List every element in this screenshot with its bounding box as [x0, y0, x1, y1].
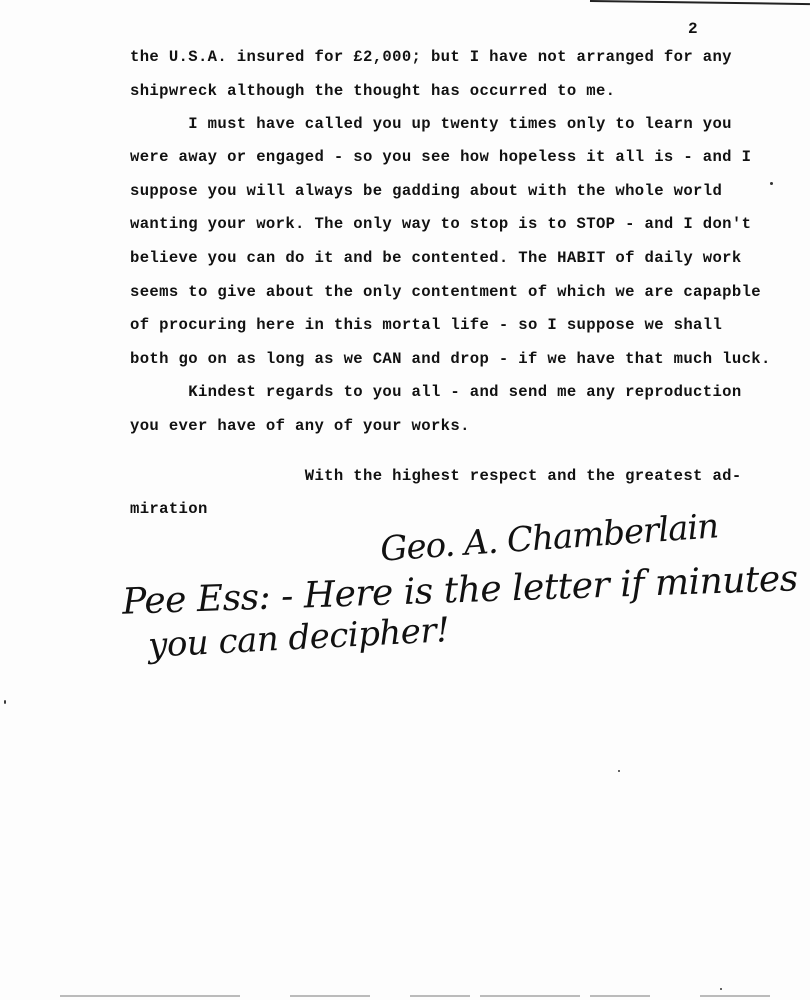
typed-line: believe you can do it and be contented. … — [130, 249, 742, 267]
bleed-through-line — [410, 995, 470, 997]
postscript-line: Pee Ess: - Here is the letter if minutes — [121, 558, 798, 623]
page-edge-line — [590, 0, 810, 5]
letter-page: 2 the U.S.A. insured for £2,000; but I h… — [0, 0, 810, 1000]
typed-line: the U.S.A. insured for £2,000; but I hav… — [130, 48, 732, 66]
ink-speck — [720, 988, 722, 990]
typed-line: were away or engaged - so you see how ho… — [130, 148, 751, 166]
typed-line: shipwreck although the thought has occur… — [130, 82, 615, 100]
bleed-through-line — [60, 995, 240, 997]
typed-line: you ever have of any of your works. — [130, 417, 470, 435]
typed-line: wanting your work. The only way to stop … — [130, 215, 751, 233]
page-number: 2 — [688, 20, 698, 38]
bleed-through-line — [480, 995, 580, 997]
ink-speck — [4, 700, 6, 704]
typed-line: I must have called you up twenty times o… — [130, 115, 732, 133]
ink-speck — [618, 770, 620, 772]
ink-speck — [770, 182, 773, 185]
closing-line: miration — [130, 500, 208, 518]
typed-line: seems to give about the only contentment… — [130, 283, 761, 301]
typed-line: of procuring here in this mortal life - … — [130, 316, 722, 334]
bleed-through-line — [290, 995, 370, 997]
typed-line: suppose you will always be gadding about… — [130, 182, 722, 200]
closing-line: With the highest respect and the greates… — [130, 467, 742, 485]
bleed-through-line — [700, 995, 770, 997]
signature: Geo. A. Chamberlain — [379, 506, 719, 570]
typed-line: both go on as long as we CAN and drop - … — [130, 350, 771, 368]
bleed-through-line — [590, 995, 650, 997]
typed-line: Kindest regards to you all - and send me… — [130, 383, 742, 401]
